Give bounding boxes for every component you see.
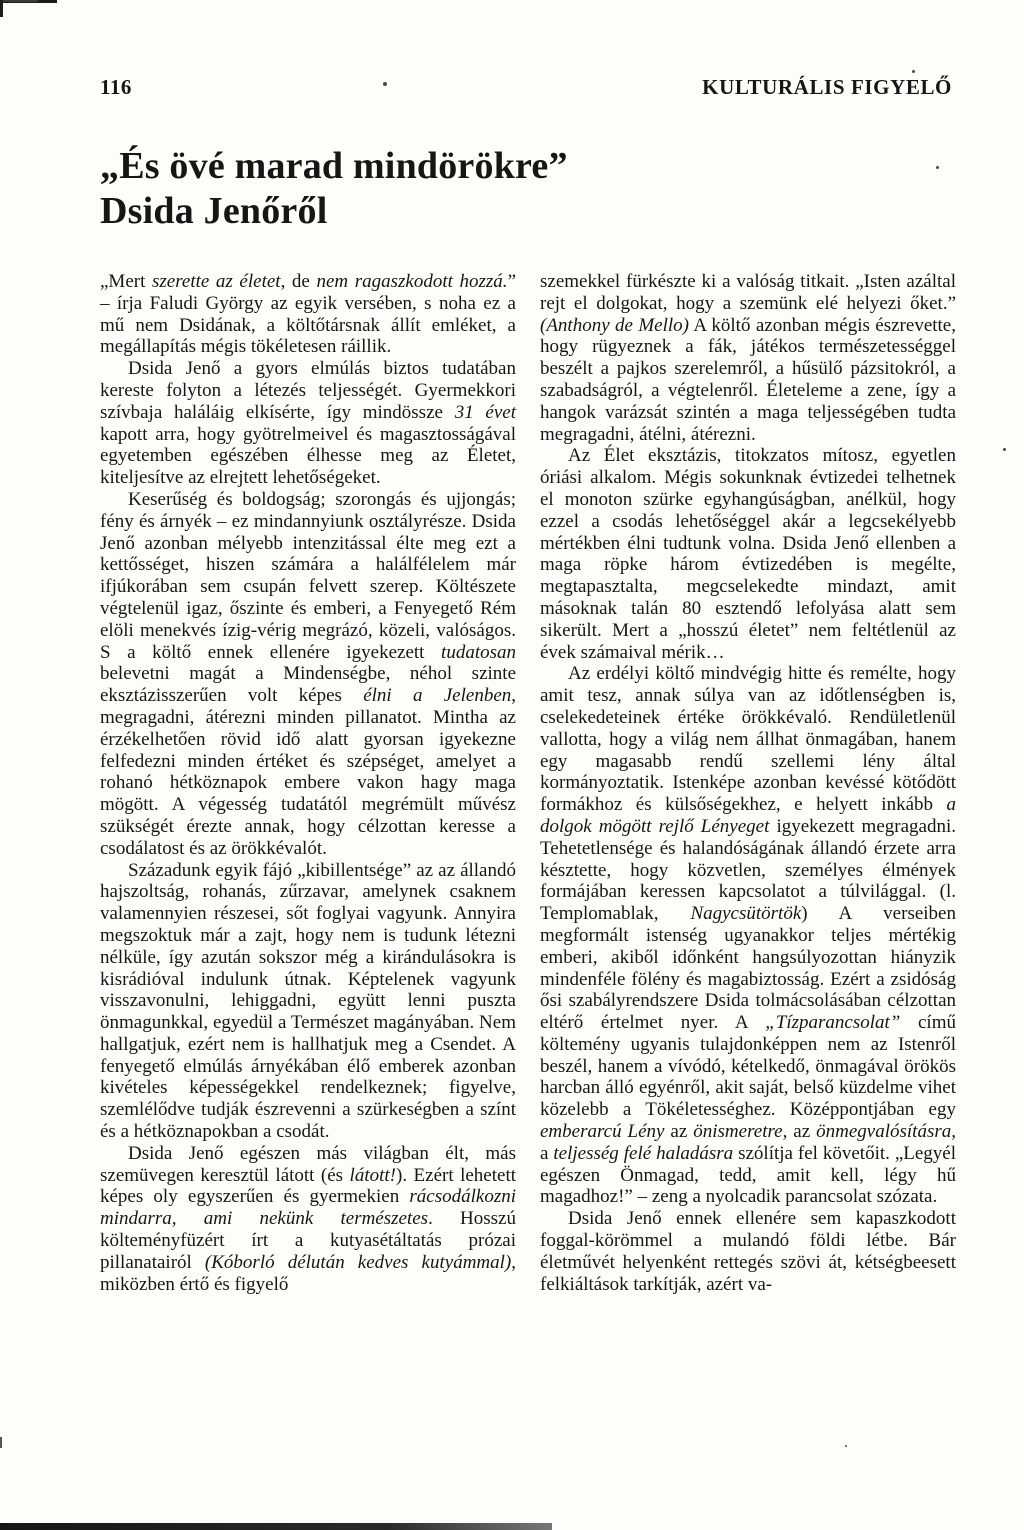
italic-text-run: „Tízparancsolat”	[765, 1012, 900, 1033]
article-body: „Mert szerette az életet, de nem ragaszk…	[100, 271, 956, 1295]
article-title: „És övé marad mindörökre” Dsida Jenőről	[100, 144, 568, 234]
page-number: 116	[100, 76, 132, 98]
italic-text-run: szerette az életet	[152, 271, 281, 292]
article-title-line2: Dsida Jenőről	[100, 190, 327, 232]
text-run: „Mert	[100, 271, 152, 292]
scan-speck	[912, 70, 915, 73]
italic-text-run: (Anthony de Mello)	[540, 315, 689, 336]
text-run: Századunk egyik fájó „kibillentsége” az …	[100, 860, 516, 1143]
text-run: Dsida Jenő a gyors elmúlás biztos tudatá…	[100, 358, 516, 423]
running-header: 116 KULTURÁLIS FIGYELŐ	[100, 76, 952, 98]
paragraph: Az erdélyi költő mindvégig hitte és remé…	[540, 663, 956, 1208]
paragraph: szemekkel fürkészte ki a valóság titkait…	[540, 271, 956, 445]
paragraph: Századunk egyik fájó „kibillentsége” az …	[100, 860, 516, 1143]
paragraph: „Mert szerette az életet, de nem ragaszk…	[100, 271, 516, 358]
scan-artifact-left-tick	[0, 0, 3, 17]
text-run: kapott arra, hogy gyötrelmeivel és magas…	[100, 424, 516, 489]
text-run: az	[664, 1121, 693, 1142]
italic-text-run: nem ragaszkodott hozzá.	[316, 271, 507, 292]
journal-header: KULTURÁLIS FIGYELŐ	[702, 76, 952, 98]
paragraph: Dsida Jenő a gyors elmúlás biztos tudatá…	[100, 358, 516, 489]
text-run: Dsida Jenő ennek ellenére sem kapaszkodo…	[540, 1208, 956, 1294]
scan-artifact-bottom-band	[0, 1523, 552, 1530]
italic-text-run: 31 évet	[455, 402, 516, 423]
scan-speck	[383, 82, 387, 86]
text-run: , de	[281, 271, 317, 292]
italic-text-run: látott!	[350, 1165, 396, 1186]
text-run: , megragadni, átérezni minden pillanatot…	[100, 685, 516, 859]
paragraph: Az Élet eksztázis, titokzatos mítosz, eg…	[540, 445, 956, 663]
italic-text-run: önmegvalósításra	[816, 1121, 951, 1142]
document-page: 116 KULTURÁLIS FIGYELŐ „És övé marad min…	[0, 0, 1024, 1530]
paragraph: Keserűség és boldogság; szorongás és ujj…	[100, 489, 516, 860]
text-run: , az	[783, 1121, 817, 1142]
italic-text-run: (Kóborló délután kedves kutyámmal)	[205, 1252, 511, 1273]
italic-text-run: Nagycsütörtök	[690, 903, 801, 924]
scan-artifact-top-edge-2	[0, 0, 38, 2]
text-run: Keserűség és boldogság; szorongás és ujj…	[100, 489, 516, 663]
italic-text-run: tudatosan	[441, 642, 516, 663]
italic-text-run: emberarcú Lény	[540, 1121, 664, 1142]
column-right: szemekkel fürkészte ki a valóság titkait…	[540, 271, 956, 1295]
paragraph: Dsida Jenő egészen más világban élt, más…	[100, 1143, 516, 1296]
italic-text-run: élni a Jelenben	[363, 685, 511, 706]
column-left: „Mert szerette az életet, de nem ragaszk…	[100, 271, 516, 1295]
text-run: Az erdélyi költő mindvégig hitte és remé…	[540, 663, 956, 815]
scan-speck	[936, 166, 939, 169]
text-run: szemekkel fürkészte ki a valóság titkait…	[540, 271, 956, 314]
scan-artifact-left-tick-2	[0, 1437, 2, 1448]
italic-text-run: teljesség felé haladásra	[553, 1143, 733, 1164]
scan-speck	[1003, 448, 1006, 451]
article-title-line1: „És övé marad mindörökre”	[100, 145, 568, 187]
italic-text-run: önismeretre	[693, 1121, 782, 1142]
scan-speck	[845, 1445, 847, 1447]
text-run: Az Élet eksztázis, titokzatos mítosz, eg…	[540, 445, 956, 662]
paragraph: Dsida Jenő ennek ellenére sem kapaszkodo…	[540, 1208, 956, 1295]
